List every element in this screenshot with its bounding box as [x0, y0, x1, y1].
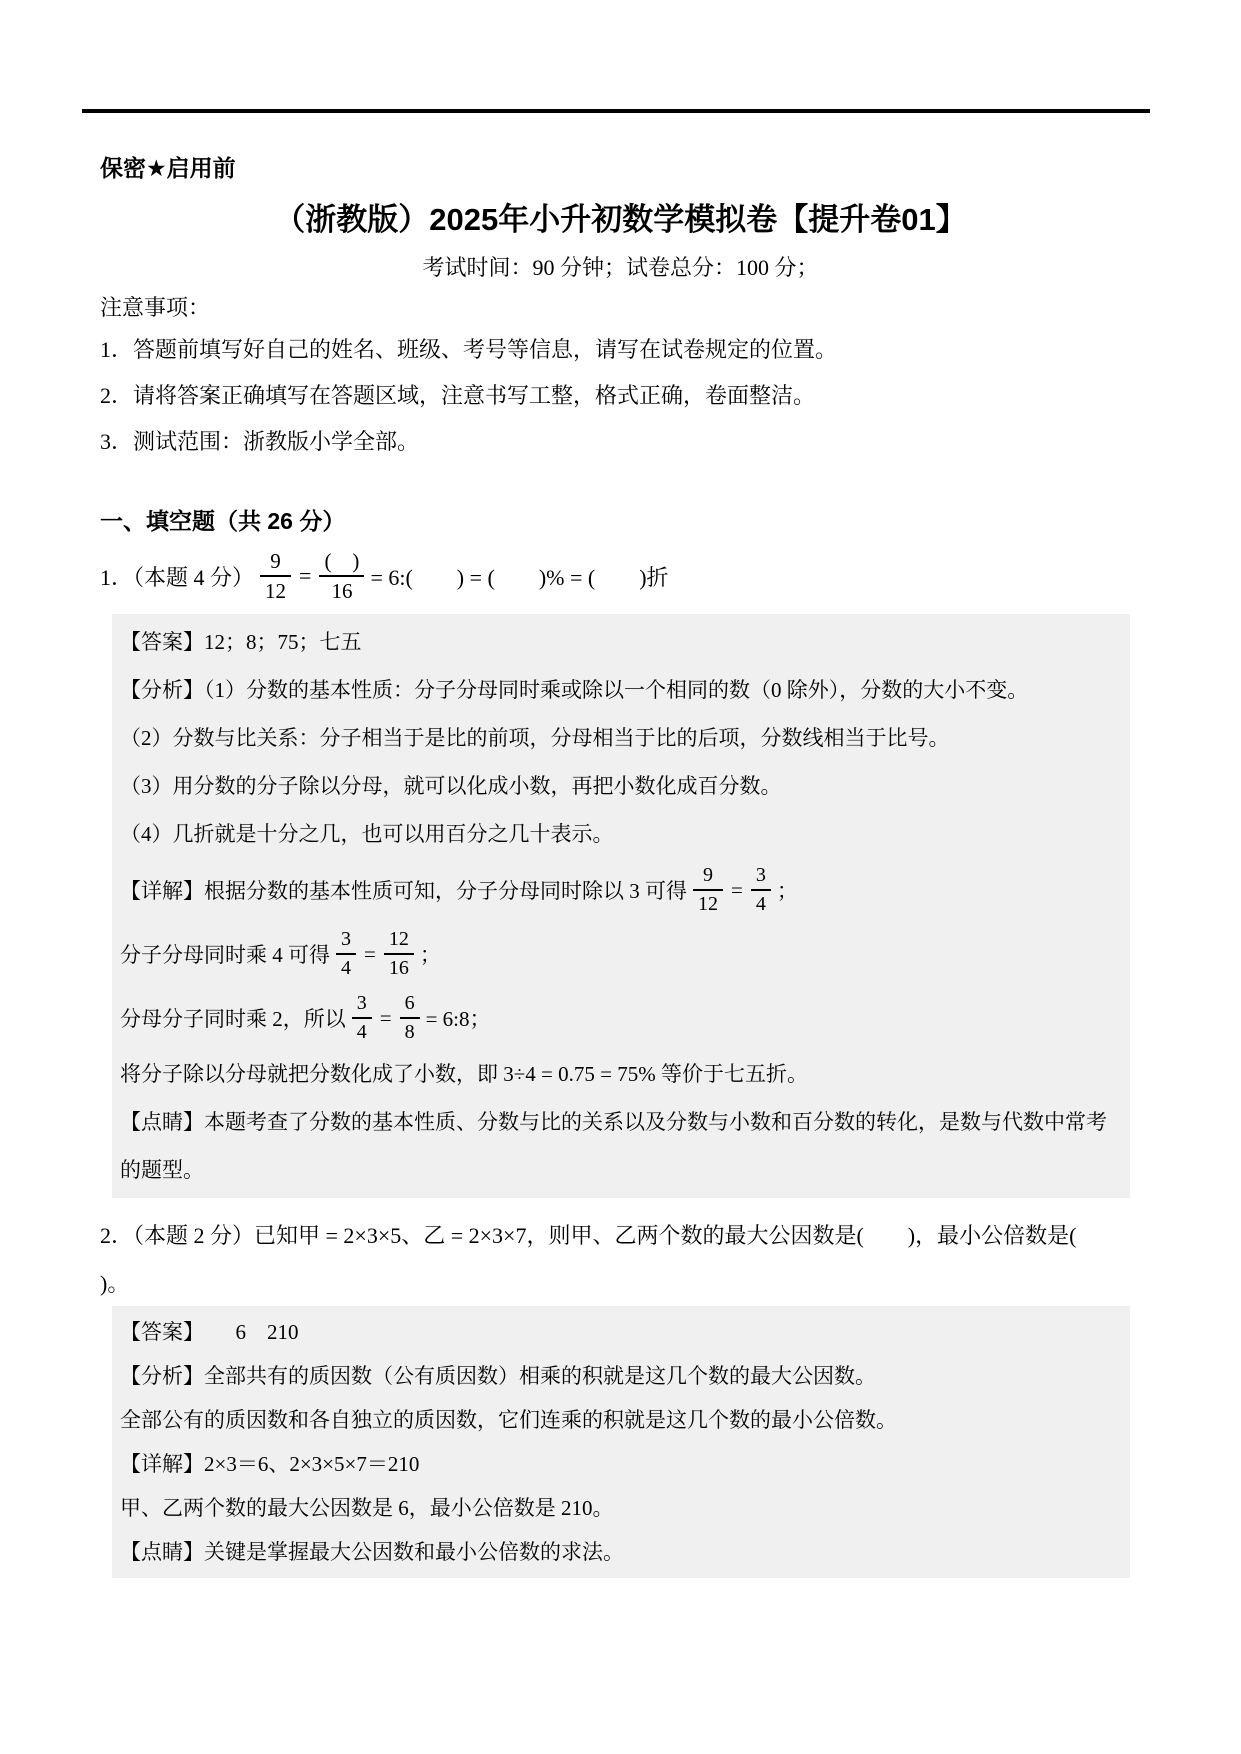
fraction-numerator: 6: [400, 992, 420, 1019]
q1-detail-line-2: 分子分母同时乘 4 可得 3 4 = 12 16 ；: [120, 922, 1122, 986]
fraction-3-4: 3 4: [336, 928, 356, 980]
q1-analysis-line-4: （4）几折就是十分之几，也可以用百分之几十表示。: [120, 810, 1122, 858]
detail-tail: ；: [420, 939, 441, 969]
q2-analysis-line-2: 全部公有的质因数和各自独立的质因数，它们连乘的积就是这几个数的最小公倍数。: [120, 1398, 1122, 1442]
fraction-9-12: 9 12: [260, 549, 291, 603]
q1-analysis-line-3: （3）用分数的分子除以分母，就可以化成小数，再把小数化成百分数。: [120, 762, 1122, 810]
notice-item-2: 2．请将答案正确填写在答题区域，注意书写工整，格式正确，卷面整洁。: [100, 379, 815, 410]
page-title: （浙教版）2025年小升初数学模拟卷【提升卷01】: [0, 194, 1241, 239]
q2-point-line: 【点睛】关键是掌握最大公因数和最小公倍数的求法。: [120, 1530, 1122, 1574]
fraction-numerator: 3: [336, 928, 356, 955]
fraction-denominator: 12: [693, 891, 723, 916]
fraction-numerator: 9: [693, 864, 723, 891]
fraction-denominator: 12: [260, 577, 291, 603]
exam-document-page: 保密★启用前 （浙教版）2025年小升初数学模拟卷【提升卷01】 考试时间：90…: [0, 0, 1241, 1754]
question-2-prompt-line-1: 2．（本题 2 分）已知甲 = 2×3×5、乙 = 2×3×7，则甲、乙两个数的…: [100, 1219, 1076, 1250]
fraction-denominator: 16: [384, 955, 414, 980]
fraction-denominator: 16: [319, 577, 364, 603]
exam-info-line: 考试时间：90 分钟；试卷总分：100 分；: [0, 251, 1241, 282]
fraction-numerator: ( ): [319, 549, 364, 577]
fraction-9-12: 9 12: [693, 864, 723, 916]
fraction-numerator: 12: [384, 928, 414, 955]
q1-point-line: 【点睛】本题考查了分数的基本性质、分数与比的关系以及分数与小数和百分数的转化，是…: [120, 1098, 1122, 1194]
answer-section-q2: 【答案】 6 210 【分析】全部共有的质因数（公有质因数）相乘的积就是这几个数…: [112, 1306, 1130, 1578]
question-2-prompt-line-2: )。: [100, 1267, 129, 1298]
fraction-numerator: 3: [352, 992, 372, 1019]
fraction-12-16: 12 16: [384, 928, 414, 980]
q1-detail-line-3: 分母分子同时乘 2，所以 3 4 = 6 8 = 6:8；: [120, 986, 1122, 1050]
q2-analysis-line-1: 【分析】全部共有的质因数（公有质因数）相乘的积就是这几个数的最大公因数。: [120, 1354, 1122, 1398]
fraction-denominator: 4: [336, 955, 356, 980]
notices-heading: 注意事项：: [100, 291, 210, 322]
fraction-blank-16: ( ) 16: [319, 549, 364, 603]
fraction-3-4: 3 4: [751, 864, 771, 916]
notice-item-3: 3．测试范围：浙教版小学全部。: [100, 425, 419, 456]
equals-sign: =: [378, 1006, 394, 1031]
fraction-numerator: 3: [751, 864, 771, 891]
q1-analysis-line-1: 【分析】（1）分数的基本性质：分子分母同时乘或除以一个相同的数（0 除外），分数…: [120, 666, 1122, 714]
q2-answer-line: 【答案】 6 210: [120, 1310, 1122, 1354]
question-1-tail: = 6:( ) = ( )% = ( )折: [370, 561, 668, 592]
equals-sign: =: [362, 942, 378, 967]
fraction-3-4: 3 4: [352, 992, 372, 1044]
fraction-numerator: 9: [260, 549, 291, 577]
question-1-prefix: 1．（本题 4 分）: [100, 561, 254, 592]
notice-item-1: 1．答题前填写好自己的姓名、班级、考号等信息，请写在试卷规定的位置。: [100, 333, 837, 364]
classification-label: 保密★启用前: [100, 150, 236, 183]
fraction-denominator: 8: [400, 1019, 420, 1044]
q1-answer-line: 【答案】12；8；75；七五: [120, 618, 1122, 666]
q2-detail-line-2: 甲、乙两个数的最大公因数是 6，最小公倍数是 210。: [120, 1486, 1122, 1530]
q1-analysis-line-2: （2）分数与比关系：分子相当于是比的前项，分母相当于比的后项，分数线相当于比号。: [120, 714, 1122, 762]
fraction-6-8: 6 8: [400, 992, 420, 1044]
header-rule: [82, 109, 1150, 113]
equals-sign: =: [729, 878, 745, 903]
q1-detail-line-4: 将分子除以分母就把分数化成了小数，即 3÷4 = 0.75 = 75% 等价于七…: [120, 1050, 1122, 1098]
detail-tail: = 6:8；: [426, 1003, 491, 1033]
detail-text: 分子分母同时乘 4 可得: [120, 939, 330, 969]
q1-detail-line-1: 【详解】根据分数的基本性质可知，分子分母同时除以 3 可得 9 12 = 3 4…: [120, 858, 1122, 922]
equals-sign: =: [297, 563, 313, 589]
fraction-denominator: 4: [352, 1019, 372, 1044]
detail-text: 分母分子同时乘 2，所以: [120, 1003, 346, 1033]
fraction-denominator: 4: [751, 891, 771, 916]
section-1-heading: 一、填空题（共 26 分）: [100, 503, 345, 536]
question-1-prompt: 1．（本题 4 分） 9 12 = ( ) 16 = 6:( ) = ( )% …: [100, 540, 669, 612]
detail-tail: ；: [777, 875, 798, 905]
q2-detail-line-1: 【详解】2×3＝6、2×3×5×7＝210: [120, 1442, 1122, 1486]
answer-section-q1: 【答案】12；8；75；七五 【分析】（1）分数的基本性质：分子分母同时乘或除以…: [112, 614, 1130, 1198]
detail-text: 【详解】根据分数的基本性质可知，分子分母同时除以 3 可得: [120, 875, 687, 905]
